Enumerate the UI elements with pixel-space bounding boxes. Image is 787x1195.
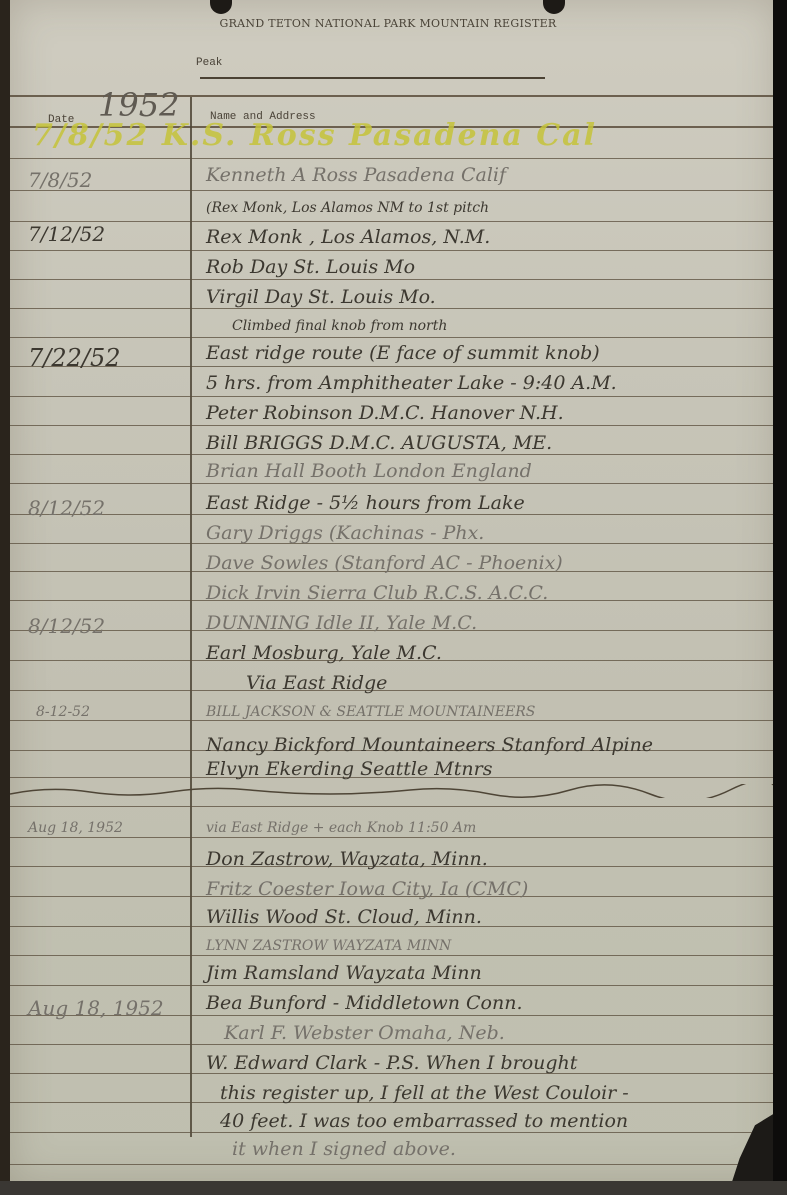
- register-page: GRAND TETON NATIONAL PARK MOUNTAIN REGIS…: [10, 0, 778, 1182]
- entry-line: Nancy Bickford Mountaineers Stanford Alp…: [206, 734, 653, 756]
- entry-date: 7/8/52: [28, 168, 92, 192]
- entry-date: 7/22/52: [28, 344, 121, 372]
- backdrop-bottom: [0, 1181, 787, 1195]
- entry-line: LYNN ZASTROW WAYZATA MINN: [206, 938, 451, 954]
- entry-line: Elvyn Ekerding Seattle Mtnrs: [206, 758, 492, 780]
- entry-line: 40 feet. I was too embarrassed to mentio…: [220, 1110, 628, 1132]
- ruled-line: [10, 158, 778, 159]
- wavy-separator: [10, 784, 778, 798]
- ruled-line: [10, 1164, 778, 1165]
- ruled-line: [10, 279, 778, 280]
- ruled-line: [10, 308, 778, 309]
- backdrop-right: [773, 0, 787, 1195]
- entry-line: Virgil Day St. Louis Mo.: [206, 286, 436, 308]
- ruled-line: [10, 454, 778, 455]
- entry-date: 7/12/52: [28, 222, 105, 246]
- peak-blank-line: [200, 77, 545, 79]
- entry-line: Peter Robinson D.M.C. Hanover N.H.: [206, 402, 564, 424]
- entry-date: 8/12/52: [28, 614, 105, 638]
- ruled-line: [10, 806, 778, 807]
- ruled-line: [10, 690, 778, 691]
- entry-line: East ridge route (E face of summit knob): [206, 342, 600, 364]
- ruled-line: [10, 396, 778, 397]
- entry-line: Willis Wood St. Cloud, Minn.: [206, 906, 482, 928]
- punch-hole: [210, 0, 232, 14]
- ruled-line: [10, 250, 778, 251]
- entry-line: East Ridge - 5½ hours from Lake: [206, 492, 525, 514]
- ruled-line: [10, 425, 778, 426]
- entry-line: Don Zastrow, Wayzata, Minn.: [206, 848, 488, 870]
- column-divider: [190, 97, 192, 1137]
- entry-line: Fritz Coester Iowa City, Ia (CMC): [206, 878, 528, 900]
- entry-line: via East Ridge + each Knob 11:50 Am: [206, 820, 476, 836]
- ruled-line: [10, 837, 778, 838]
- entry-line: Dick Irvin Sierra Club R.C.S. A.C.C.: [206, 582, 548, 604]
- entry-line: Rob Day St. Louis Mo: [206, 256, 415, 278]
- ruled-line: [10, 1132, 778, 1133]
- entry-date: Aug 18, 1952: [28, 820, 123, 836]
- entry-line: Jim Ramsland Wayzata Minn: [206, 962, 482, 984]
- ruled-line: [10, 514, 778, 515]
- entry-line: (Rex Monk, Los Alamos NM to 1st pitch: [206, 200, 489, 216]
- entry-line: it when I signed above.: [232, 1138, 456, 1160]
- ruled-line: [10, 221, 778, 222]
- entry-line: Dave Sowles (Stanford AC - Phoenix): [206, 552, 563, 574]
- entry-date: 8/12/52: [28, 496, 105, 520]
- entry-line: Gary Driggs (Kachinas - Phx.: [206, 522, 484, 544]
- entry-line: Brian Hall Booth London England: [206, 460, 532, 482]
- entry-line: Climbed final knob from north: [232, 318, 447, 334]
- yellow-highlighter-note: 7/8/52 K.S. Ross Pasadena Cal: [32, 118, 597, 153]
- entry-line: Earl Mosburg, Yale M.C.: [206, 642, 442, 664]
- entry-date: 8-12-52: [36, 704, 90, 720]
- entry-line: Kenneth A Ross Pasadena Calif: [206, 164, 506, 186]
- entry-line: Bea Bunford - Middletown Conn.: [206, 992, 523, 1014]
- ruled-line: [10, 985, 778, 986]
- entry-line: BILL JACKSON & SEATTLE MOUNTAINEERS: [206, 704, 535, 720]
- entry-date: Aug 18, 1952: [28, 996, 164, 1020]
- peak-label: Peak: [196, 57, 222, 69]
- entry-line: Rex Monk , Los Alamos, N.M.: [206, 226, 490, 248]
- register-title: GRAND TETON NATIONAL PARK MOUNTAIN REGIS…: [158, 17, 618, 30]
- entry-line: Bill BRIGGS D.M.C. AUGUSTA, ME.: [206, 432, 552, 454]
- entry-line: this register up, I fell at the West Cou…: [220, 1082, 629, 1104]
- ruled-line: [10, 720, 778, 721]
- entry-line: W. Edward Clark - P.S. When I brought: [206, 1052, 577, 1074]
- ruled-line: [10, 955, 778, 956]
- entry-line: DUNNING Idle II, Yale M.C.: [206, 612, 477, 634]
- ruled-line: [10, 483, 778, 484]
- ruled-line: [10, 190, 778, 191]
- punch-hole: [543, 0, 565, 14]
- entry-line: Karl F. Webster Omaha, Neb.: [224, 1022, 505, 1044]
- ruled-line: [10, 1044, 778, 1045]
- ruled-line: [10, 337, 778, 338]
- entry-line: Via East Ridge: [246, 672, 387, 694]
- entry-line: 5 hrs. from Amphitheater Lake - 9:40 A.M…: [206, 372, 617, 394]
- ruled-line: [10, 366, 778, 367]
